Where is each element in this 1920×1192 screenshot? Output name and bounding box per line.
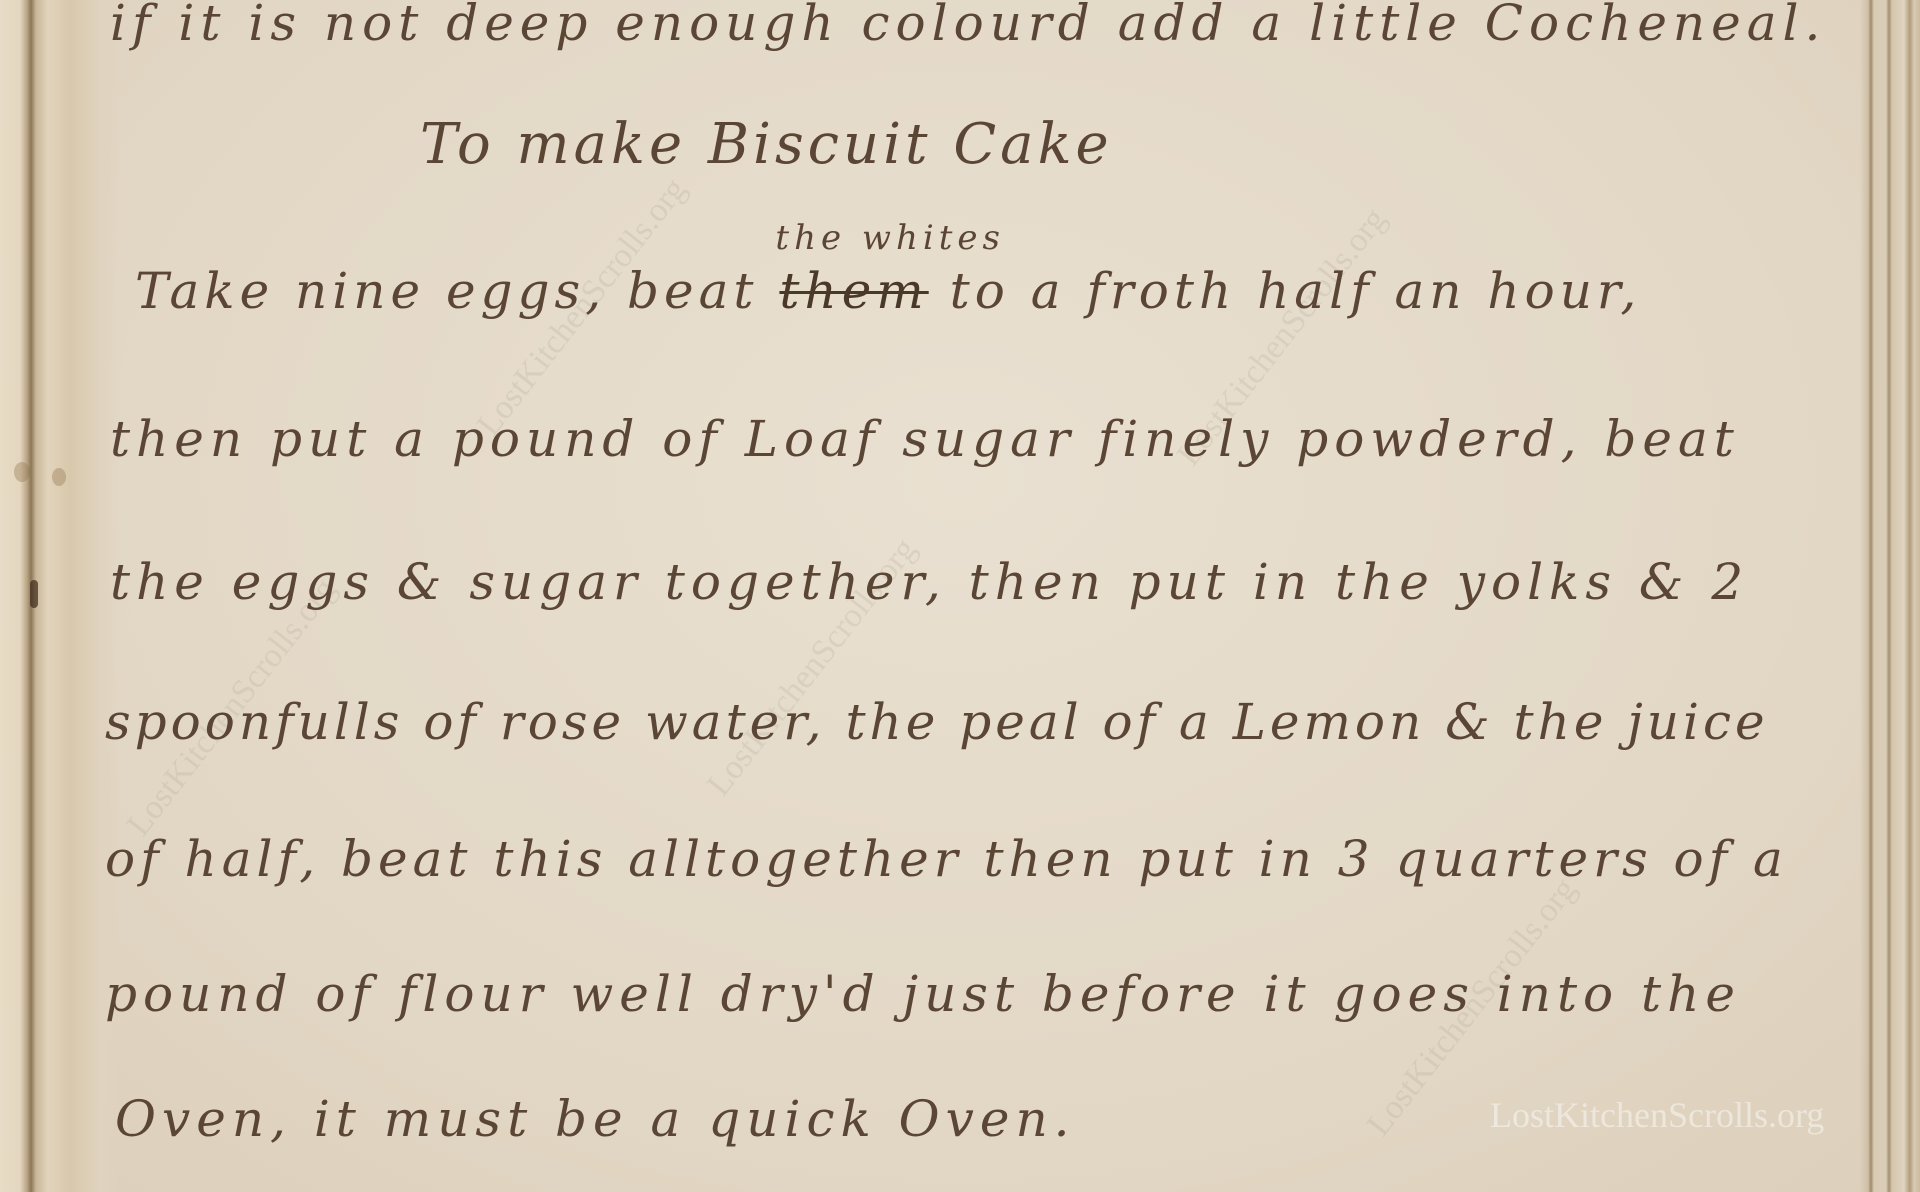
manuscript-page: LostKitchenScrolls.org LostKitchenScroll…	[0, 0, 1920, 1192]
corner-watermark: LostKitchenScrolls.org	[1490, 1094, 1824, 1136]
previous-recipe-tail: if it is not deep enough colourd add a l…	[110, 0, 1826, 52]
ink-stain	[14, 462, 30, 482]
interlinear-insertion: the whites	[775, 218, 1005, 258]
recipe-line-1: Take nine eggs, beat the whites them to …	[135, 262, 1641, 320]
recipe-line-3: the eggs & sugar together, then put in t…	[110, 553, 1749, 611]
left-binding-gutter	[0, 0, 120, 1192]
line-1-end: to a froth half an hour,	[950, 262, 1642, 320]
recipe-line-5: of half, beat this alltogether then put …	[105, 830, 1788, 888]
right-page-edges	[1860, 0, 1920, 1192]
recipe-line-2: then put a pound of Loaf sugar finely po…	[110, 410, 1740, 468]
recipe-line-6: pound of flour well dry'd just before it…	[105, 965, 1741, 1023]
recipe-line-4: spoonfulls of rose water, the peal of a …	[105, 693, 1769, 751]
binding-tear	[30, 580, 38, 608]
recipe-title: To make Biscuit Cake	[420, 112, 1113, 177]
struck-word: them	[779, 262, 928, 320]
ink-stain	[52, 468, 66, 486]
recipe-line-7: Oven, it must be a quick Oven.	[115, 1090, 1076, 1148]
line-1-start: Take nine eggs, beat	[135, 262, 759, 320]
